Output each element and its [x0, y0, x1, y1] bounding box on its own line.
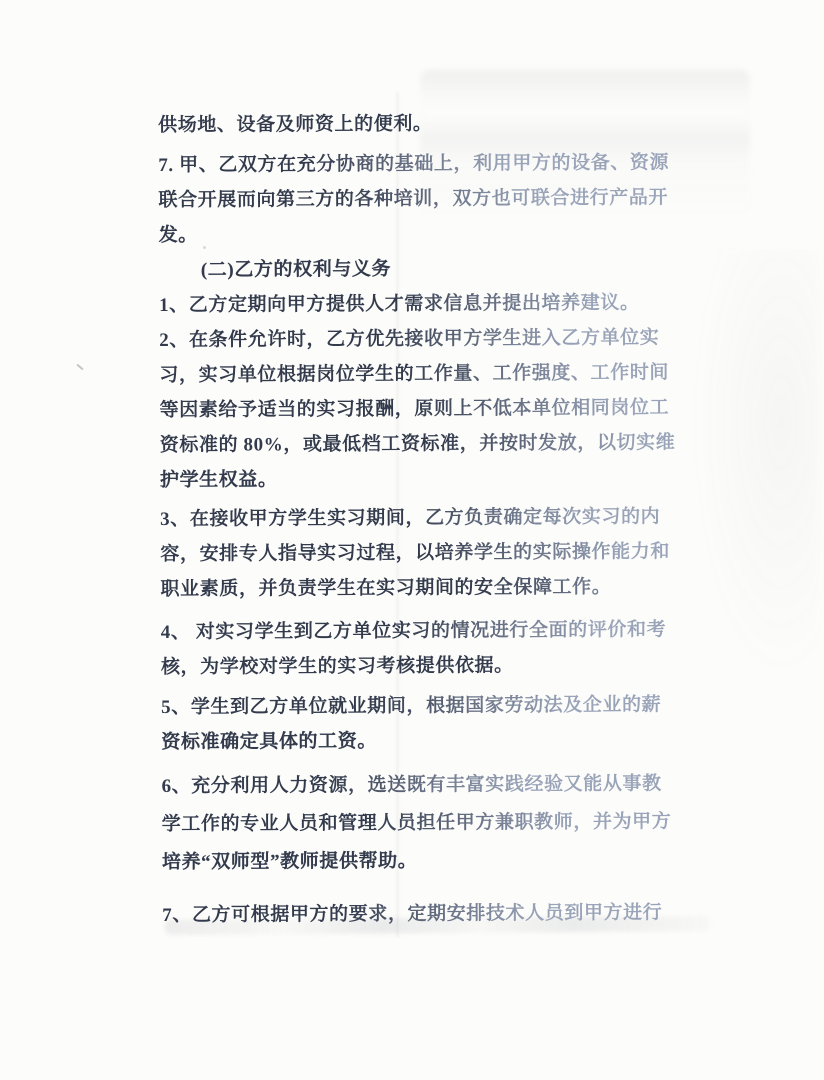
party-a-clause-7-line-2: 联合开展而向第三方的各种培训，双方也可联合进行产品开: [158, 180, 738, 218]
party-b-clause-5: 5、学生到乙方单位就业期间，根据国家劳动法及企业的薪资标准确定具体的工资。: [161, 687, 741, 760]
party-b-clause-1-line-1: 1、乙方定期向甲方提供人才需求信息并提出培养建议。: [159, 285, 739, 323]
party-b-clause-6-line-1: 6、充分利用人力资源，选送既有丰富实践经验又能从事教: [161, 765, 741, 806]
party-b-clause-2-line-2: 习，实习单位根据岗位学生的工作量、工作强度、工作时间: [159, 355, 739, 393]
party-b-clause-3-line-2: 容，安排专人指导实习过程，以培养学生的实际操作能力和: [160, 534, 740, 572]
party-b-clause-2-line-5: 护学生权益。: [160, 460, 740, 498]
party-a-clause-7-line-3: 发。: [159, 215, 739, 253]
party-b-clause-4-line-2: 核，为学校对学生的实习考核提供依据。: [161, 647, 741, 685]
party-b-clause-5-line-2: 资标准确定具体的工资。: [161, 722, 741, 760]
party-a-clause-7-line-1: 7. 甲、乙双方在充分协商的基础上，利用甲方的设备、资源: [158, 145, 738, 183]
party-b-clause-6: 6、充分利用人力资源，选送既有丰富实践经验又能从事教学工作的专业人员和管理人员担…: [161, 765, 742, 882]
clause-continuation: 供场地、设备及师资上的便利。: [158, 105, 738, 143]
party-b-clause-2-line-3: 等因素给予适当的实习报酬，原则上不低本单位相同岗位工: [159, 390, 739, 428]
scanned-page: 供场地、设备及师资上的便利。7. 甲、乙双方在充分协商的基础上，利用甲方的设备、…: [0, 0, 824, 1080]
party-b-clause-1: 1、乙方定期向甲方提供人才需求信息并提出培养建议。: [159, 285, 739, 323]
section-heading-party-b-line-1: (二)乙方的权利与义务: [159, 250, 739, 288]
party-b-clause-3-line-3: 职业素质，并负责学生在实习期间的安全保障工作。: [160, 569, 740, 607]
document-text-block: 供场地、设备及师资上的便利。7. 甲、乙双方在充分协商的基础上，利用甲方的设备、…: [158, 105, 742, 933]
party-b-clause-2-line-1: 2、在条件允许时，乙方优先接收甲方学生进入乙方单位实: [159, 320, 739, 358]
clause-continuation-line-1: 供场地、设备及师资上的便利。: [158, 105, 738, 143]
party-b-clause-7: 7、乙方可根据甲方的要求，定期安排技术人员到甲方进行: [162, 895, 742, 933]
party-b-clause-3: 3、在接收甲方学生实习期间，乙方负责确定每次实习的内容，安排专人指导实习过程，以…: [160, 499, 741, 607]
party-b-clause-6-line-3: 培养“双师型”教师提供帮助。: [162, 841, 742, 882]
party-b-clause-6-line-2: 学工作的专业人员和管理人员担任甲方兼职教师，并为甲方: [162, 803, 742, 844]
party-b-clause-4: 4、 对实习学生到乙方单位实习的情况进行全面的评价和考核，为学校对学生的实习考核…: [161, 612, 741, 685]
party-b-clause-2-line-4: 资标准的 80%，或最低档工资标准，并按时发放，以切实维: [160, 425, 740, 463]
party-b-clause-2: 2、在条件允许时，乙方优先接收甲方学生进入乙方单位实习，实习单位根据岗位学生的工…: [159, 320, 740, 498]
party-b-clause-3-line-1: 3、在接收甲方学生实习期间，乙方负责确定每次实习的内: [160, 499, 740, 537]
party-a-clause-7: 7. 甲、乙双方在充分协商的基础上，利用甲方的设备、资源联合开展而向第三方的各种…: [158, 145, 739, 253]
party-b-clause-4-line-1: 4、 对实习学生到乙方单位实习的情况进行全面的评价和考: [161, 612, 741, 650]
party-b-clause-5-line-1: 5、学生到乙方单位就业期间，根据国家劳动法及企业的薪: [161, 687, 741, 725]
section-heading-party-b: (二)乙方的权利与义务: [159, 250, 739, 288]
scan-speck: [76, 364, 83, 371]
party-b-clause-7-line-1: 7、乙方可根据甲方的要求，定期安排技术人员到甲方进行: [162, 895, 742, 933]
